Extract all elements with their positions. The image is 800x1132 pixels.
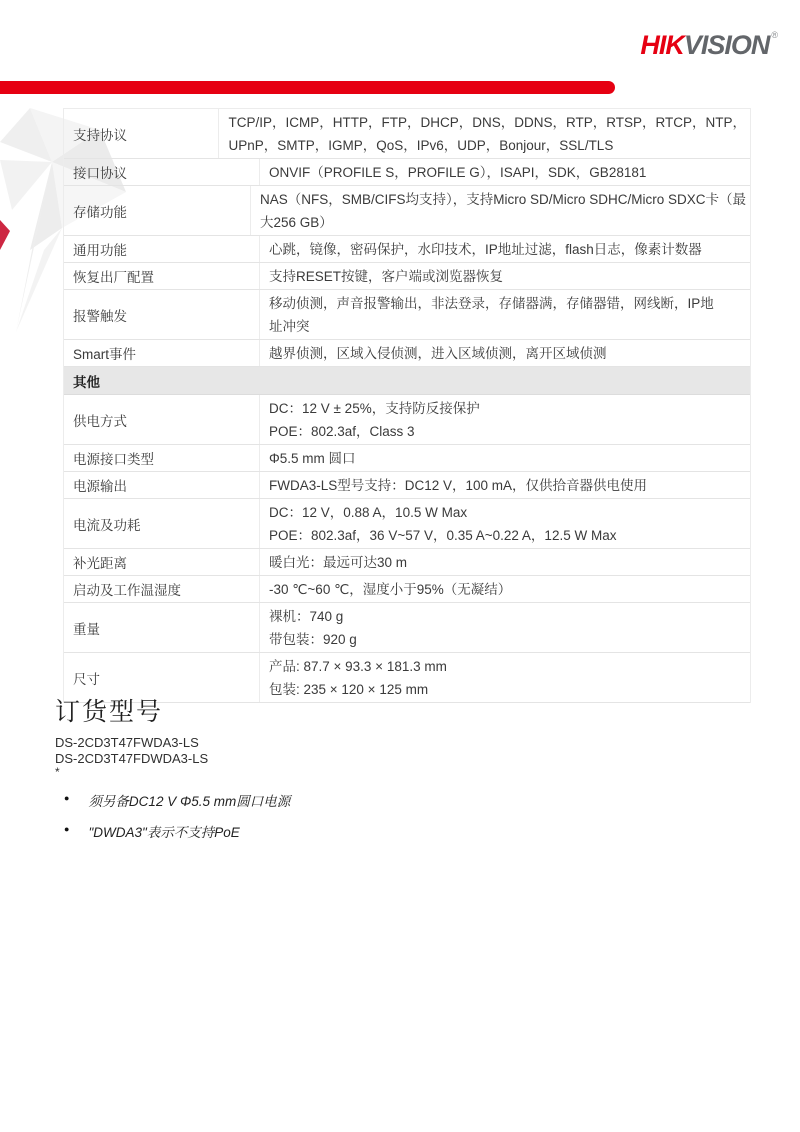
spec-value: Φ5.5 mm 圆口	[260, 445, 750, 471]
spec-value-line: 址冲突	[269, 315, 746, 338]
hikvision-logo: HIKVISION®	[640, 30, 778, 61]
bullet-icon: ●	[64, 790, 69, 807]
spec-value-line: FWDA3-LS型号支持：DC12 V，100 mA，仅供拾音器供电使用	[269, 474, 746, 497]
spec-value-line: 裸机：740 g	[269, 605, 746, 628]
spec-value-line: 移动侦测，声音报警输出，非法登录，存储器满，存储器错，网线断，IP地	[269, 292, 746, 315]
spec-value-line: POE：802.3af，Class 3	[269, 420, 746, 443]
spec-value: 心跳，镜像，密码保护，水印技术，IP地址过滤，flash日志，像素计数器	[260, 236, 750, 262]
spec-value-line: UPnP，SMTP，IGMP，QoS，IPv6，UDP，Bonjour，SSL/…	[228, 134, 746, 157]
spec-value: -30 ℃~60 ℃，湿度小于95%（无凝结）	[260, 576, 750, 602]
table-row: 存储功能 NAS（NFS，SMB/CIFS均支持），支持Micro SD/Mic…	[64, 186, 750, 236]
spec-value-line: 暖白光：最远可达30 m	[269, 551, 746, 574]
spec-label: 恢复出厂配置	[64, 263, 260, 289]
spec-label: 供电方式	[64, 395, 260, 444]
spec-value: 越界侦测，区域入侵侦测，进入区域侦测，离开区域侦测	[260, 340, 750, 366]
spec-label: 重量	[64, 603, 260, 652]
spec-value-line: DC：12 V ± 25%，支持防反接保护	[269, 397, 746, 420]
table-row: 电源接口类型 Φ5.5 mm 圆口	[64, 445, 750, 472]
table-row: 报警触发 移动侦测，声音报警输出，非法登录，存储器满，存储器错，网线断，IP地 …	[64, 290, 750, 340]
table-row: 电流及功耗 DC：12 V，0.88 A，10.5 W Max POE：802.…	[64, 499, 750, 549]
table-row: Smart事件 越界侦测，区域入侵侦测，进入区域侦测，离开区域侦测	[64, 340, 750, 367]
order-title: 订货型号	[55, 692, 655, 728]
footnotes-list: ● 须另备DC12 V Φ5.5 mm圆口电源 ● "DWDA3"表示不支持Po…	[55, 790, 655, 841]
spec-value-line: 产品: 87.7 × 93.3 × 181.3 mm	[269, 655, 746, 678]
footnote-text: 须另备DC12 V Φ5.5 mm圆口电源	[88, 790, 290, 810]
spec-value: 移动侦测，声音报警输出，非法登录，存储器满，存储器错，网线断，IP地 址冲突	[260, 290, 750, 339]
footnote-asterisk: *	[55, 766, 655, 779]
list-item: ● 须另备DC12 V Φ5.5 mm圆口电源	[55, 790, 655, 810]
bullet-icon: ●	[64, 821, 69, 838]
order-section: 订货型号 DS-2CD3T47FWDA3-LS DS-2CD3T47FDWDA3…	[55, 692, 655, 852]
spec-value: 裸机：740 g 带包装：920 g	[260, 603, 750, 652]
spec-value-line: ONVIF（PROFILE S，PROFILE G），ISAPI，SDK，GB2…	[269, 161, 746, 184]
spec-value: TCP/IP，ICMP，HTTP，FTP，DHCP，DNS，DDNS，RTP，R…	[219, 109, 750, 158]
model-number: DS-2CD3T47FDWDA3-LS	[55, 751, 655, 767]
table-row: 电源输出 FWDA3-LS型号支持：DC12 V，100 mA，仅供拾音器供电使…	[64, 472, 750, 499]
spec-label: 电流及功耗	[64, 499, 260, 548]
spec-value-line: TCP/IP，ICMP，HTTP，FTP，DHCP，DNS，DDNS，RTP，R…	[228, 111, 746, 134]
section-header-other: 其他	[64, 367, 750, 395]
spec-value: 暖白光：最远可达30 m	[260, 549, 750, 575]
brand-divider-bar	[0, 81, 615, 94]
spec-label: 补光距离	[64, 549, 260, 575]
model-number: DS-2CD3T47FWDA3-LS	[55, 735, 655, 751]
spec-value-line: DC：12 V，0.88 A，10.5 W Max	[269, 501, 746, 524]
spec-label: 支持协议	[64, 109, 219, 158]
spec-value: 支持RESET按键，客户端或浏览器恢复	[260, 263, 750, 289]
spec-value-line: -30 ℃~60 ℃，湿度小于95%（无凝结）	[269, 578, 746, 601]
spec-value: NAS（NFS，SMB/CIFS均支持），支持Micro SD/Micro SD…	[251, 186, 750, 235]
table-row: 接口协议 ONVIF（PROFILE S，PROFILE G），ISAPI，SD…	[64, 159, 750, 186]
spec-value-line: 带包装：920 g	[269, 628, 746, 651]
spec-value: DC：12 V ± 25%，支持防反接保护 POE：802.3af，Class …	[260, 395, 750, 444]
spec-value: ONVIF（PROFILE S，PROFILE G），ISAPI，SDK，GB2…	[260, 159, 750, 185]
spec-label: 存储功能	[64, 186, 251, 235]
table-row: 供电方式 DC：12 V ± 25%，支持防反接保护 POE：802.3af，C…	[64, 395, 750, 445]
table-row: 支持协议 TCP/IP，ICMP，HTTP，FTP，DHCP，DNS，DDNS，…	[64, 109, 750, 159]
spec-value-line: 越界侦测，区域入侵侦测，进入区域侦测，离开区域侦测	[269, 342, 746, 365]
spec-label: 启动及工作温湿度	[64, 576, 260, 602]
spec-label: Smart事件	[64, 340, 260, 366]
spec-value-line: 大256 GB）	[260, 211, 746, 234]
table-row: 补光距离 暖白光：最远可达30 m	[64, 549, 750, 576]
spec-value: FWDA3-LS型号支持：DC12 V，100 mA，仅供拾音器供电使用	[260, 472, 750, 498]
footnote-text: "DWDA3"表示不支持PoE	[88, 821, 239, 841]
spec-table: 支持协议 TCP/IP，ICMP，HTTP，FTP，DHCP，DNS，DDNS，…	[63, 108, 751, 703]
list-item: ● "DWDA3"表示不支持PoE	[55, 821, 655, 841]
spec-value: DC：12 V，0.88 A，10.5 W Max POE：802.3af，36…	[260, 499, 750, 548]
logo-vision-text: VISION	[684, 30, 770, 60]
spec-value-line: POE：802.3af，36 V~57 V，0.35 A~0.22 A，12.5…	[269, 524, 746, 547]
spec-label: 电源接口类型	[64, 445, 260, 471]
logo-hik-text: HIK	[640, 30, 684, 60]
spec-value-line: Φ5.5 mm 圆口	[269, 447, 746, 470]
table-row: 重量 裸机：740 g 带包装：920 g	[64, 603, 750, 653]
spec-label: 报警触发	[64, 290, 260, 339]
spec-value-line: 支持RESET按键，客户端或浏览器恢复	[269, 265, 746, 288]
spec-value-line: 心跳，镜像，密码保护，水印技术，IP地址过滤，flash日志，像素计数器	[269, 238, 746, 261]
table-row: 恢复出厂配置 支持RESET按键，客户端或浏览器恢复	[64, 263, 750, 290]
table-row: 通用功能 心跳，镜像，密码保护，水印技术，IP地址过滤，flash日志，像素计数…	[64, 236, 750, 263]
spec-value-line: NAS（NFS，SMB/CIFS均支持），支持Micro SD/Micro SD…	[260, 188, 746, 211]
spec-label: 通用功能	[64, 236, 260, 262]
registered-trademark-icon: ®	[771, 30, 778, 40]
table-row: 启动及工作温湿度 -30 ℃~60 ℃，湿度小于95%（无凝结）	[64, 576, 750, 603]
spec-label: 接口协议	[64, 159, 260, 185]
spec-label: 电源输出	[64, 472, 260, 498]
